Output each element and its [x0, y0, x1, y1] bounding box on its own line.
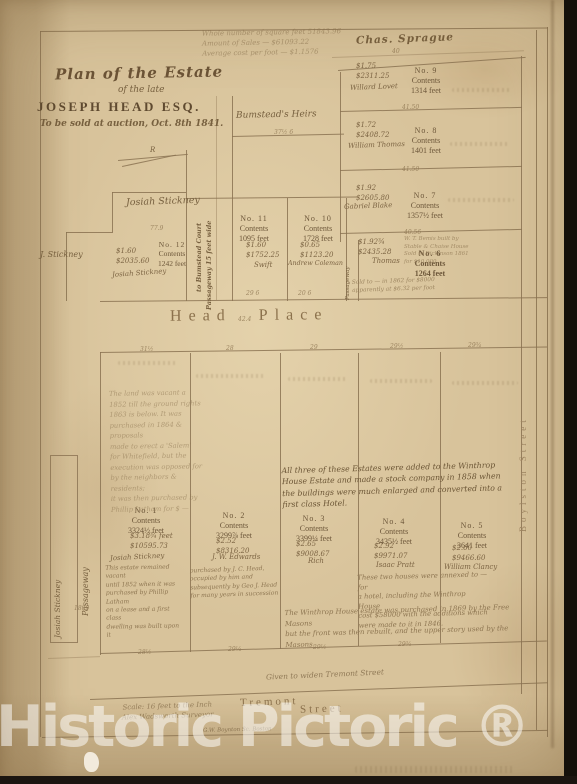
- dimension-label: 1809: [74, 605, 89, 612]
- lot-boundary-line: [66, 232, 67, 301]
- pencil-annotation: [196, 374, 266, 378]
- compass-letter: R: [150, 146, 155, 154]
- lot-boundary-line: [112, 192, 186, 193]
- lot2-owner: J. W. Edwards: [212, 553, 260, 561]
- lot1-owner: Josiah Stickney: [110, 552, 165, 563]
- left-history-note: The land was vacant a1852 till the groun…: [109, 387, 209, 515]
- boylston-street-line: [536, 30, 537, 730]
- lot8-owner: William Thomas: [348, 140, 405, 150]
- lot6-owner: Thomas: [372, 257, 400, 265]
- lot4-owner: Isaac Pratt: [376, 561, 415, 569]
- dimension-label: 77.9: [150, 225, 163, 232]
- photo-edge: [0, 776, 577, 784]
- dimension-label: 40: [392, 48, 400, 55]
- lot-boundary-line: [340, 229, 522, 234]
- lot2-history-note: purchased by J. C. Head,occupied by him …: [189, 564, 278, 601]
- lot7-prices: $1.92$2605.80: [356, 183, 389, 203]
- dimension-label: 41.50: [402, 104, 419, 111]
- lot-boundary-line: [280, 353, 281, 649]
- passageway-bumstead-label2: to Bumstead Court: [196, 112, 203, 292]
- lot-boundary-line: [48, 656, 100, 659]
- lot6-notes-bottom: Sold to — in 1862 for $8000apparently at…: [352, 275, 462, 295]
- lot11-prices: $1.60$1752.25: [246, 240, 279, 260]
- owner-j-stickney: J. Stickney: [40, 250, 83, 259]
- frame-line: [547, 27, 548, 737]
- pencil-annotation: [355, 766, 515, 773]
- lot-boundary-line: [66, 232, 112, 233]
- dimension-label: 29¼: [228, 646, 241, 653]
- winthrop-stock-note: All three of these Estates were added to…: [281, 459, 522, 510]
- lot4-prices: $2.92$9971.07: [374, 541, 407, 561]
- owner-chas-sprague: Chas. Sprague: [356, 31, 454, 46]
- dimension-label: 20 6: [298, 290, 311, 297]
- pencil-annotation: [452, 381, 518, 385]
- lot7-owner: Gabriel Blake: [344, 201, 393, 211]
- dimension-label: 29: [310, 344, 318, 351]
- lot-boundary-line: [186, 150, 187, 301]
- lot10-prices: $0.65$1123.20: [300, 240, 333, 260]
- pencil-annotation: [448, 198, 514, 202]
- passageway-left-label: Passageway: [82, 506, 90, 616]
- lot1-prices: $3.18¾ feet$10595.73: [130, 531, 173, 551]
- dimension-label: 29½: [313, 644, 326, 651]
- lot7-label: No. 7Contents1357½ feet: [396, 191, 454, 221]
- dimension-label: 31½: [140, 346, 153, 353]
- lot12-prices: $1.60$2035.60: [116, 246, 149, 266]
- dimension-label: 28: [226, 345, 234, 352]
- lot12-label: No. 12Contents1242 feet: [148, 240, 196, 268]
- lot-boundary-line: [340, 166, 522, 171]
- lot6-prices: $1.92¾$2435.28: [358, 237, 391, 257]
- lot8-prices: $1.72$2408.72: [356, 120, 389, 140]
- dimension-label: 29¾: [468, 342, 481, 349]
- stickney-parcel-label: Josiah Stickney: [54, 460, 62, 638]
- dimension-label: 41.50: [402, 166, 419, 173]
- pencil-annotation: [288, 377, 348, 381]
- passageway-bumstead-label: Passageway 15 feet wide: [206, 100, 213, 310]
- lot-boundary-line: [340, 107, 522, 112]
- lot-boundary-line: [112, 192, 113, 233]
- pencil-annotation: [452, 88, 510, 92]
- passageway-small-label: Passageway: [346, 244, 352, 300]
- given-to-widen-label: Given to widen Tremont Street: [266, 667, 384, 681]
- pencil-annotation: [370, 379, 432, 383]
- owner-josiah-stickney: Josiah Stickney: [126, 195, 200, 209]
- map-title-line2: of the late: [118, 85, 164, 95]
- lot1-history-note: This estate remained vacantuntil 1852 wh…: [105, 563, 182, 640]
- lot11-owner: Swift: [254, 261, 272, 269]
- lot10-owner: Andrew Coleman: [288, 260, 343, 267]
- dimension-label: 28½: [138, 649, 151, 656]
- dimension-label: 40.56: [404, 229, 421, 236]
- dimension-label: 37½ 6: [274, 129, 293, 136]
- paper-crease: [551, 0, 554, 748]
- lot9-owner: Willard Lovet: [350, 82, 398, 92]
- lot6-notes-top: W. T. Bemis built byStable & Chaise Hous…: [404, 236, 500, 267]
- lot12-owner: Josiah Stickney: [112, 267, 167, 279]
- lot5-prices: $2.60$9466.60: [452, 543, 485, 563]
- scanned-map-photo: R Plan of the Estate of the late JOSEPH …: [0, 0, 577, 784]
- head-place-line: [100, 297, 547, 302]
- dimension-label: 42.4: [238, 316, 251, 323]
- lot-boundary-line: [100, 352, 101, 655]
- map-title-line1: Plan of the Estate: [55, 63, 223, 84]
- owner-bumsteads-heirs: Bumstead's Heirs: [236, 109, 317, 120]
- historic-pictoric-watermark: Historic Pictoric ®: [0, 694, 528, 760]
- pencil-annotation: [118, 361, 178, 365]
- lot9-prices: $1.75$2311.25: [356, 61, 389, 81]
- lot8-label: No. 8Contents1401 feet: [400, 126, 452, 156]
- lot3-owner: Rich: [308, 557, 324, 565]
- photo-edge: [564, 0, 577, 784]
- dimension-label: 29¾: [398, 641, 411, 648]
- pencil-annotation: [450, 142, 508, 146]
- dimension-label: 29 6: [246, 290, 259, 297]
- map-title-line3: JOSEPH HEAD ESQ.: [37, 99, 201, 115]
- frame-line: [40, 31, 41, 737]
- lot9-label: No. 9Contents1314 feet: [398, 66, 454, 96]
- lot-boundary-line: [287, 198, 288, 301]
- dimension-label: 29½: [390, 343, 403, 350]
